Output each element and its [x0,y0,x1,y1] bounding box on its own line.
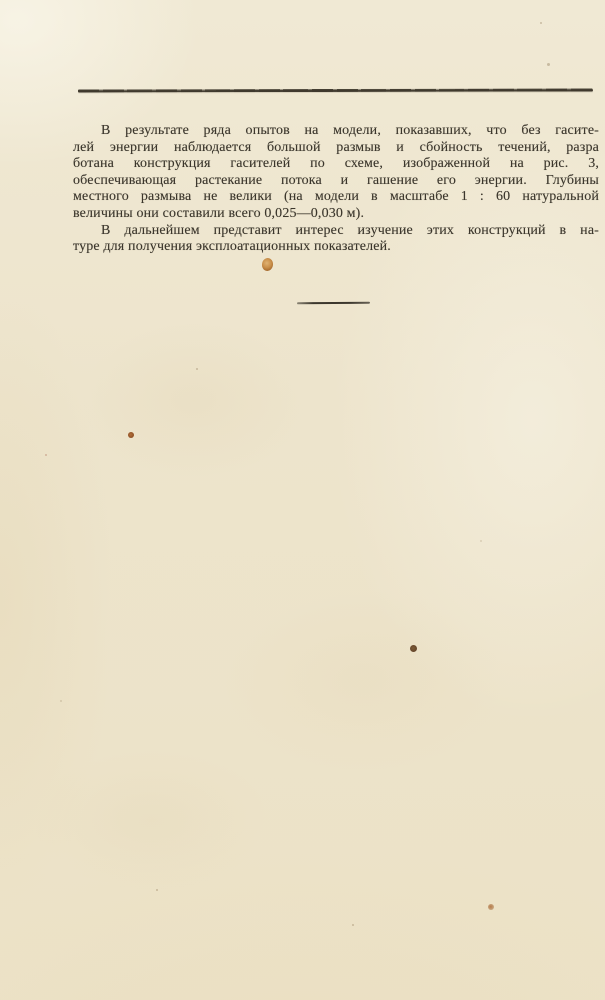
paper-speck [540,22,542,24]
text-line: величины они составили всего 0,025—0,030… [73,206,599,223]
text-line: В результате ряда опытов на модели, пока… [73,123,599,140]
scanned-page: В результате ряда опытов на модели, пока… [0,0,605,1000]
section-separator-dash [297,302,370,305]
text-line: ботана конструкция гасителей по схеме, и… [73,156,599,173]
paper-speck [196,368,198,370]
paper-speck [547,63,550,66]
text-line: В дальнейшем представит интерес изучение… [73,223,599,240]
text-line: обеспечивающая растекание потока и гашен… [73,173,599,190]
stain-spot [128,432,134,438]
paper-speck [156,889,158,891]
paper-speck [480,540,482,542]
text-line: лей энергии наблюдается большой размыв и… [73,140,599,157]
paper-speck [352,924,354,926]
text-line: местного размыва не велики (на модели в … [73,189,599,206]
header-rule [78,88,593,92]
stain-spot [410,645,417,652]
paper-speck [45,454,47,456]
stain-spot [488,904,494,910]
text-line: туре для получения эксплоатационных пока… [73,239,599,256]
paper-speck [60,700,62,702]
stain-spot [261,257,274,271]
body-paragraphs: В результате ряда опытов на модели, пока… [73,123,599,256]
